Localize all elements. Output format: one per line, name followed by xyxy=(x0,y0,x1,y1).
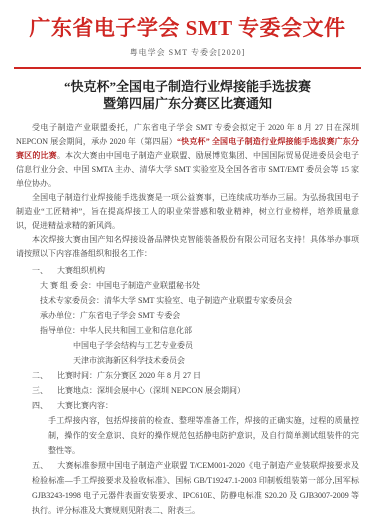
section-4-number: 四、 xyxy=(32,401,48,410)
doc-title: “快克杯”全国电子制造行业焊接能手选拔赛 暨第四届广东分赛区比赛通知 xyxy=(0,78,375,112)
intro-post-text: 。本次大赛由中国电子制造产业联盟、励展博览集团、中国国际贸易促进委员会电子信息行… xyxy=(16,151,359,188)
section-3-item: 三、比赛地点：深圳会展中心（深圳 NEPCON 展会期间） xyxy=(32,383,359,398)
section-1-number: 一、 xyxy=(32,266,48,275)
letterhead-title: 广东省电子学会 SMT 专委会文件 xyxy=(0,15,375,41)
section-2-number: 二、 xyxy=(32,371,48,380)
org-list-item: 技术专家委员会：清华大学 SMT 实验室、电子制造产业联盟专家委员会 xyxy=(40,293,359,308)
section-4-item: 四、大赛比赛内容： xyxy=(32,398,359,413)
doc-title-line1: “快克杯”全国电子制造行业焊接能手选拔赛 xyxy=(0,78,375,95)
paragraph-2: 全国电子制造行业焊接能手选拔赛是一项公益赛事，已连续成功举办三届。为弘扬我国电子… xyxy=(16,191,359,233)
section-1-item: 一、大赛组织机构 xyxy=(32,263,359,278)
section-5-number: 五、 xyxy=(32,461,48,470)
red-divider-line xyxy=(14,67,361,69)
section-5-text: 大赛标准参照中国电子制造产业联盟 T/CEM001-2020《电子制造产业装联焊… xyxy=(32,461,359,515)
org-list-item: 天津市滨海新区科学技术委员会 xyxy=(73,353,359,368)
document-page: 广东省电子学会 SMT 专委会文件 粤电学会 SMT 专委会[2020] “快克… xyxy=(0,0,375,530)
org-list-item: 指导单位：中华人民共和国工业和信息化部 xyxy=(40,323,359,338)
doc-title-line2: 暨第四届广东分赛区比赛通知 xyxy=(0,95,375,112)
intro-paragraph: 受电子制造产业联盟委托，广东省电子学会 SMT 专委会拟定于 2020 年 8 … xyxy=(16,121,359,191)
section-4-detail: 手工焊接内容，包括焊接前的检查、整理等准备工作，焊接的正确实施，过程的质量控制，… xyxy=(48,413,359,458)
org-list-item: 中国电子学会结构与工艺专业委员 xyxy=(73,338,359,353)
section-1-title: 大赛组织机构 xyxy=(57,266,105,275)
body-text: 受电子制造产业联盟委托，广东省电子学会 SMT 专委会拟定于 2020 年 8 … xyxy=(16,121,359,261)
section-2-item: 二、比赛时间：广东分赛区 2020 年 8 月 27 日 xyxy=(32,368,359,383)
section-3-number: 三、 xyxy=(32,386,48,395)
section-2-text: 比赛时间：广东分赛区 2020 年 8 月 27 日 xyxy=(57,371,201,380)
paragraph-3: 本次焊接大赛由国产知名焊接设备品牌快克智能装备股份有限公司冠名支持！具体举办事项… xyxy=(16,233,359,261)
section-list: 一、大赛组织机构 大 赛 组 委 会：中国电子制造产业联盟秘书处 技术专家委员会… xyxy=(16,263,359,518)
org-list-item: 大 赛 组 委 会：中国电子制造产业联盟秘书处 xyxy=(40,278,359,293)
section-5-item: 五、大赛标准参照中国电子制造产业联盟 T/CEM001-2020《电子制造产业装… xyxy=(32,458,359,518)
section-4-text: 大赛比赛内容： xyxy=(57,401,113,410)
section-3-text: 比赛地点：深圳会展中心（深圳 NEPCON 展会期间） xyxy=(57,386,245,395)
doc-number: 粤电学会 SMT 专委会[2020] xyxy=(0,48,375,58)
org-list-item: 承办单位：广东省电子学会 SMT 专委会 xyxy=(40,308,359,323)
